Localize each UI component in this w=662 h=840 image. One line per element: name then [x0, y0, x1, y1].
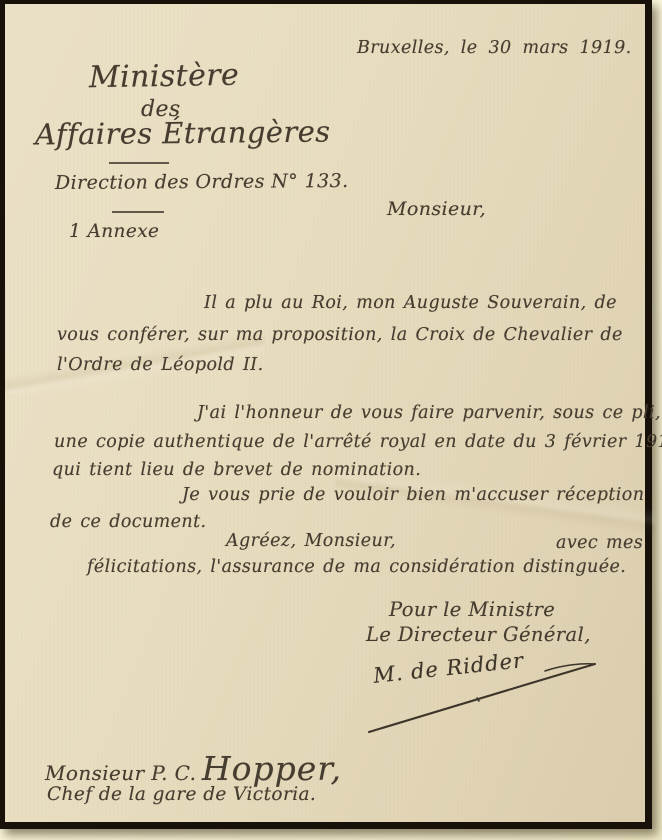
- body-line: qui tient lieu de brevet de nomination.: [52, 460, 421, 480]
- closing-left: Agréez, Monsieur,: [226, 531, 396, 551]
- signoff-line-2: Le Directeur Général,: [366, 623, 591, 646]
- body-line: Il a plu au Roi, mon Auguste Souverain, …: [204, 293, 617, 313]
- addressee-prefix: Monsieur P. C.: [45, 761, 196, 785]
- body-line: J'ai l'honneur de vous faire parvenir, s…: [197, 403, 661, 423]
- addressee-name-line: Monsieur P. C. Hopper,: [45, 749, 342, 788]
- body-line: Je vous prie de vouloir bien m'accuser r…: [182, 485, 644, 505]
- signature-flourish: [357, 649, 612, 744]
- salutation: Monsieur,: [387, 198, 486, 220]
- body-line: vous conférer, sur ma proposition, la Cr…: [57, 325, 623, 345]
- letterhead-divider: [109, 162, 169, 164]
- letterhead-line-ministere: Ministère: [89, 58, 240, 96]
- body-line: l'Ordre de Léopold II.: [57, 355, 264, 375]
- addressee-title: Chef de la gare de Victoria.: [47, 784, 316, 805]
- addressee-name: Hopper,: [202, 749, 342, 788]
- scan-background: Bruxelles, le 30 mars 1919. Ministère de…: [0, 0, 662, 840]
- closing-line-2: félicitations, l'assurance de ma considé…: [87, 557, 626, 577]
- signoff-line-1: Pour le Ministre: [389, 598, 555, 621]
- body-line: une copie authentique de l'arrêté royal …: [54, 432, 662, 452]
- body-line: de ce document.: [50, 512, 206, 532]
- letter-page: Bruxelles, le 30 mars 1919. Ministère de…: [0, 0, 652, 829]
- date-line: Bruxelles, le 30 mars 1919.: [357, 38, 632, 58]
- letterhead-line-affaires: Affaires Étrangères: [35, 114, 331, 151]
- reference-divider: [112, 211, 164, 213]
- reference-line: Direction des Ordres N° 133.: [55, 170, 349, 194]
- annex-line: 1 Annexe: [69, 221, 159, 242]
- closing-right: avec mes: [556, 533, 643, 553]
